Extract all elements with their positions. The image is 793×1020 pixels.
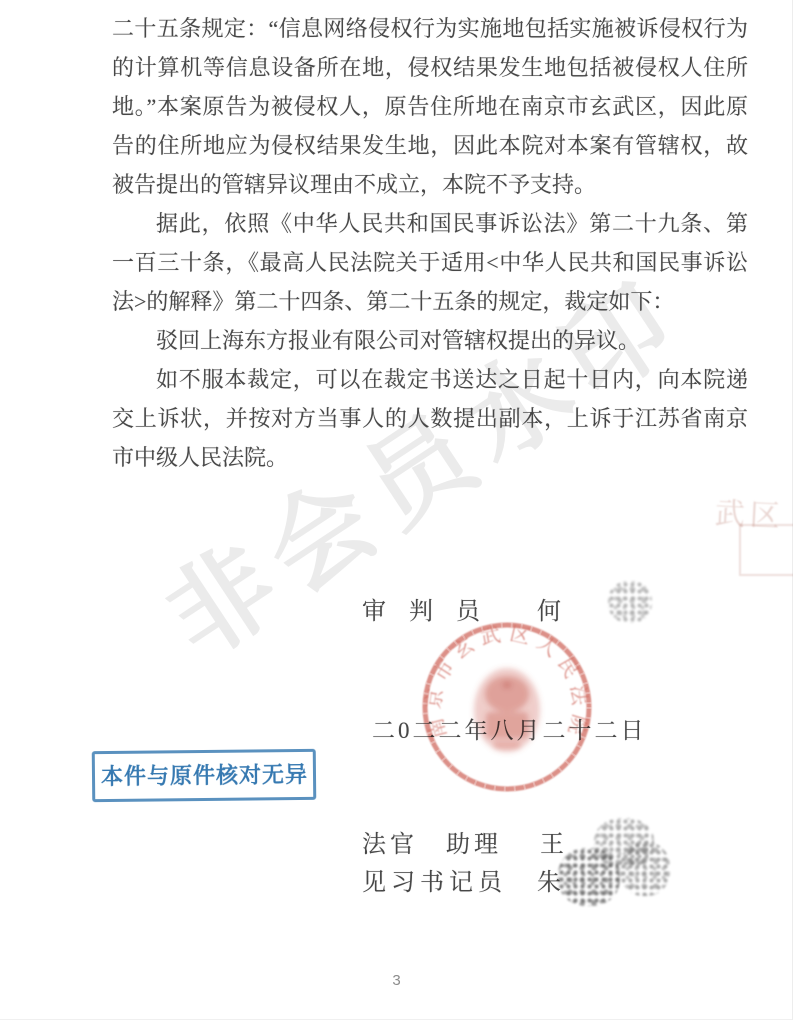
seal-national-emblem [474,668,540,752]
assistant-title-label: 法官 助理 [362,832,502,858]
clerk-title-label: 见习书记员 [362,870,507,896]
assistant-surname: 王 [540,832,564,858]
scanned-court-ruling-page: 非会员水印 二十五条规定：“信息网络侵权行为实施地包括实施被诉侵权行为的计算机等… [0,0,793,1020]
redacted-clerk-name [620,842,670,896]
verification-stamp: 本件与原件核对无异 [92,749,317,802]
redacted-judge-name [608,581,652,623]
paragraph-appeal-instructions: 如不服本裁定，可以在裁定书送达之日起十日内，向本院递交上诉状，并按对方当事人的人… [112,360,748,477]
page-number: 3 [0,972,793,989]
paragraph-legal-basis: 据此，依照《中华人民共和国民事诉讼法》第二十九条、第一百三十条，《最高人民法院关… [112,204,748,321]
court-seal: 南京市玄武区人民法院 [420,620,594,794]
edge-stamp-fragment: 武区 [705,486,793,580]
edge-stamp-border-fragment [739,524,793,576]
paragraph-jurisdiction-analysis: 二十五条规定：“信息网络侵权行为实施地包括实施被诉侵权行为的计算机等信息设备所在… [112,9,748,204]
assistant-signature-line: 法官 助理 王 [362,824,564,859]
ruling-body-text: 二十五条规定：“信息网络侵权行为实施地包括实施被诉侵权行为的计算机等信息设备所在… [112,9,748,477]
clerk-signature-line: 见习书记员 朱 [362,862,561,897]
redacted-clerk-name [558,848,620,906]
paragraph-ruling-result: 驳回上海东方报业有限公司对管辖权提出的异议。 [112,321,748,360]
